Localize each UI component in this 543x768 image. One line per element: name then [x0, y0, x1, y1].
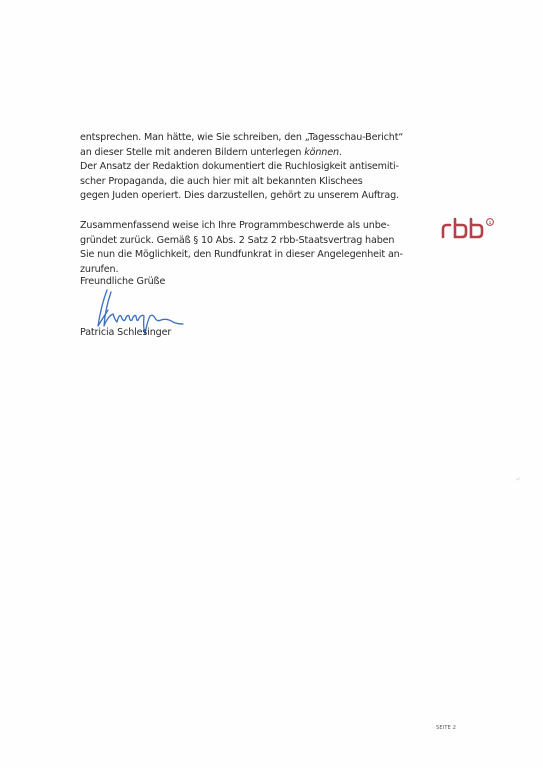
registered-circle-icon: 1 — [487, 219, 494, 226]
svg-text:1: 1 — [489, 220, 492, 225]
text-fragment: an dieser Stelle mit anderen Bildern unt… — [80, 147, 304, 158]
signatory-name: Patricia Schlesinger — [80, 327, 171, 338]
page-number: SEITE 2 — [436, 725, 456, 731]
text-fragment: . — [339, 147, 342, 158]
emphasis-text: können — [304, 147, 339, 158]
scan-mark — [516, 477, 520, 481]
text-line: Sie nun die Möglichkeit, den Rundfunkrat… — [80, 248, 403, 263]
text-line: an dieser Stelle mit anderen Bildern unt… — [80, 146, 403, 161]
text-line: entsprechen. Man hätte, wie Sie schreibe… — [80, 131, 403, 146]
text-line: scher Propaganda, die auch hier mit alt … — [80, 175, 403, 190]
text-line: gegen Juden operiert. Dies darzustellen,… — [80, 189, 403, 204]
text-line: gründet zurück. Gemäß § 10 Abs. 2 Satz 2… — [80, 234, 403, 249]
paragraph-decision: Zusammenfassend weise ich Ihre Programmb… — [80, 219, 403, 277]
rbb-logo: 1 — [440, 216, 498, 240]
letter-page: entsprechen. Man hätte, wie Sie schreibe… — [0, 0, 543, 768]
text-line: Der Ansatz der Redaktion dokumentiert di… — [80, 160, 403, 175]
paragraph-conclusion: entsprechen. Man hätte, wie Sie schreibe… — [80, 131, 403, 204]
closing-greeting: Freundliche Grüße — [80, 276, 165, 287]
text-line: Zusammenfassend weise ich Ihre Programmb… — [80, 219, 403, 234]
